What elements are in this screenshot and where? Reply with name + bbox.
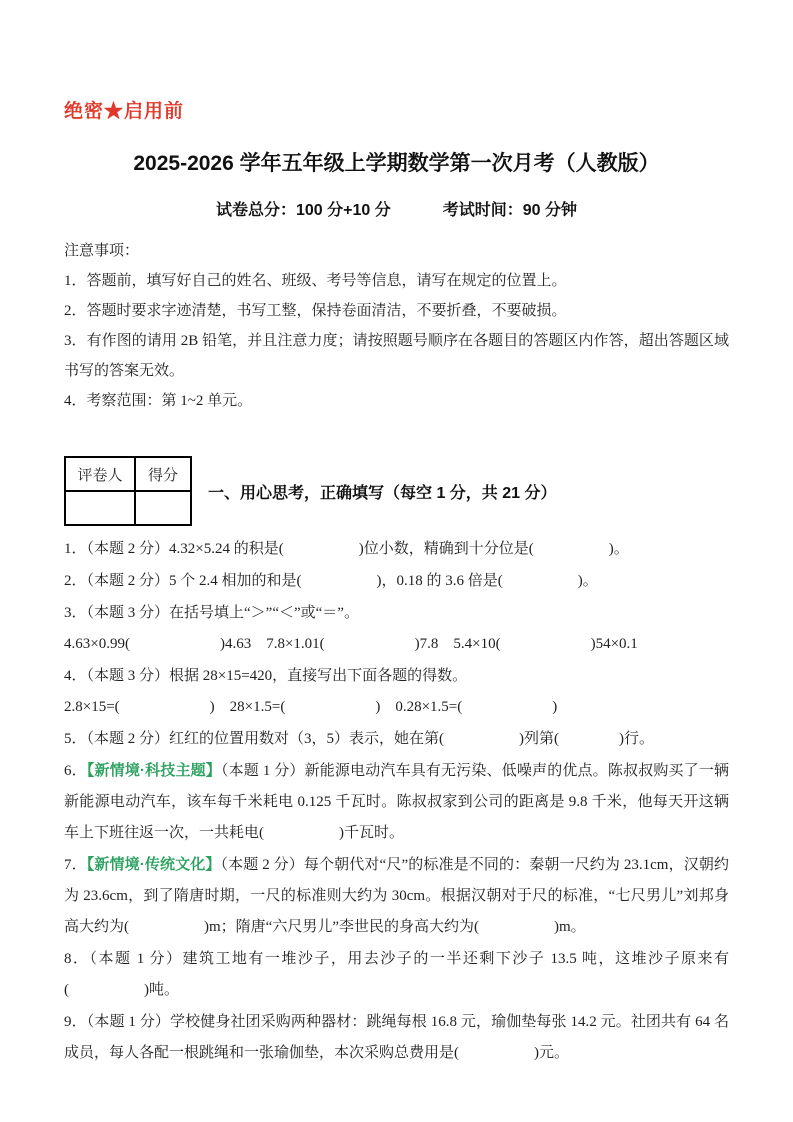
question-3-subline: 4.63×0.99( )4.63 7.8×1.01( )7.8 5.4×10( … <box>64 629 729 660</box>
classification-label: 绝密★启用前 <box>64 96 793 123</box>
score-table: 评卷人 得分 <box>64 456 192 526</box>
question-9: 9．（本题 1 分）学校健身社团采购两种器材：跳绳每根 16.8 元，瑜伽垫每张… <box>64 1006 729 1069</box>
question-1: 1．（本题 2 分）4.32×5.24 的积是( )位小数，精确到十分位是( )… <box>64 533 729 565</box>
question-6-tag: 【新情境·科技主题】 <box>87 762 221 779</box>
page-title: 2025-2026 学年五年级上学期数学第一次月考（人教版） <box>0 147 793 177</box>
total-score-label: 试卷总分：100 分+10 分 <box>216 197 391 220</box>
question-8-number: 8． <box>64 951 90 967</box>
question-4-number: 4． <box>64 668 87 684</box>
grader-label-cell: 评卷人 <box>65 457 135 491</box>
question-7: 7．【新情境·传统文化】（本题 2 分）每个朝代对“尺”的标准是不同的：秦朝一尺… <box>64 849 729 943</box>
question-4-subline: 2.8×15=( ) 28×1.5=( ) 0.28×1.5=( ) <box>64 692 729 723</box>
score-label-cell: 得分 <box>135 457 191 491</box>
question-6-number: 6． <box>64 763 87 779</box>
questions-section: 1．（本题 2 分）4.32×5.24 的积是( )位小数，精确到十分位是( )… <box>64 533 729 1069</box>
notice-item-2: 2．答题时要求字迹清楚，书写工整，保持卷面清洁，不要折叠，不要破损。 <box>64 296 729 326</box>
notice-heading: 注意事项： <box>64 236 729 266</box>
notice-item-3: 3．有作图的请用 2B 铅笔，并且注意力度；请按照题号顺序在各题目的答题区内作答… <box>64 326 729 386</box>
question-3-number: 3． <box>64 605 87 621</box>
notice-item-4: 4．考察范围：第 1~2 单元。 <box>64 386 729 416</box>
question-1-number: 1． <box>64 541 87 557</box>
question-3-text: （本题 3 分）在括号填上“＞”“＜”或“＝”。 <box>87 605 359 621</box>
exam-paper-page: 绝密★启用前 2025-2026 学年五年级上学期数学第一次月考（人教版） 试卷… <box>0 0 793 1122</box>
notice-section: 注意事项： 1．答题前，填写好自己的姓名、班级、考号等信息，请写在规定的位置上。… <box>64 236 729 416</box>
exam-info-row: 试卷总分：100 分+10 分 考试时间：90 分钟 <box>0 197 793 220</box>
notice-item-1: 1．答题前，填写好自己的姓名、班级、考号等信息，请写在规定的位置上。 <box>64 266 729 296</box>
question-5-number: 5． <box>64 731 87 747</box>
question-2: 2．（本题 2 分）5 个 2.4 相加的和是( )，0.18 的 3.6 倍是… <box>64 565 729 597</box>
question-9-number: 9． <box>64 1014 87 1030</box>
exam-time-label: 考试时间：90 分钟 <box>443 197 577 220</box>
score-table-value-row <box>65 491 191 525</box>
question-9-text: （本题 1 分）学校健身社团采购两种器材：跳绳每根 16.8 元，瑜伽垫每张 1… <box>64 1014 729 1061</box>
score-table-header-row: 评卷人 得分 <box>65 457 191 491</box>
section-one-header-row: 评卷人 得分 一、用心思考，正确填写（每空 1 分，共 21 分） <box>64 456 729 526</box>
question-2-number: 2． <box>64 573 87 589</box>
question-8: 8．（本题 1 分）建筑工地有一堆沙子，用去沙子的一半还剩下沙子 13.5 吨，… <box>64 943 729 1006</box>
question-4-text: （本题 3 分）根据 28×15=420，直接写出下面各题的得数。 <box>87 668 468 684</box>
question-5-text: （本题 2 分）红红的位置用数对（3，5）表示，她在第( )列第( )行。 <box>87 731 654 747</box>
question-6: 6．【新情境·科技主题】（本题 1 分）新能源电动汽车具有无污染、低噪声的优点。… <box>64 755 729 849</box>
question-5: 5．（本题 2 分）红红的位置用数对（3，5）表示，她在第( )列第( )行。 <box>64 723 729 755</box>
question-8-text: （本题 1 分）建筑工地有一堆沙子，用去沙子的一半还剩下沙子 13.5 吨，这堆… <box>64 951 729 998</box>
question-1-text: （本题 2 分）4.32×5.24 的积是( )位小数，精确到十分位是( )。 <box>87 541 629 557</box>
grader-value-cell <box>65 491 135 525</box>
section-one-heading: 一、用心思考，正确填写（每空 1 分，共 21 分） <box>208 480 556 503</box>
question-7-number: 7． <box>64 857 87 873</box>
question-7-tag: 【新情境·传统文化】 <box>87 856 221 873</box>
question-4: 4．（本题 3 分）根据 28×15=420，直接写出下面各题的得数。 <box>64 660 729 692</box>
question-3: 3．（本题 3 分）在括号填上“＞”“＜”或“＝”。 <box>64 597 729 629</box>
question-2-text: （本题 2 分）5 个 2.4 相加的和是( )，0.18 的 3.6 倍是( … <box>87 573 598 589</box>
score-value-cell <box>135 491 191 525</box>
